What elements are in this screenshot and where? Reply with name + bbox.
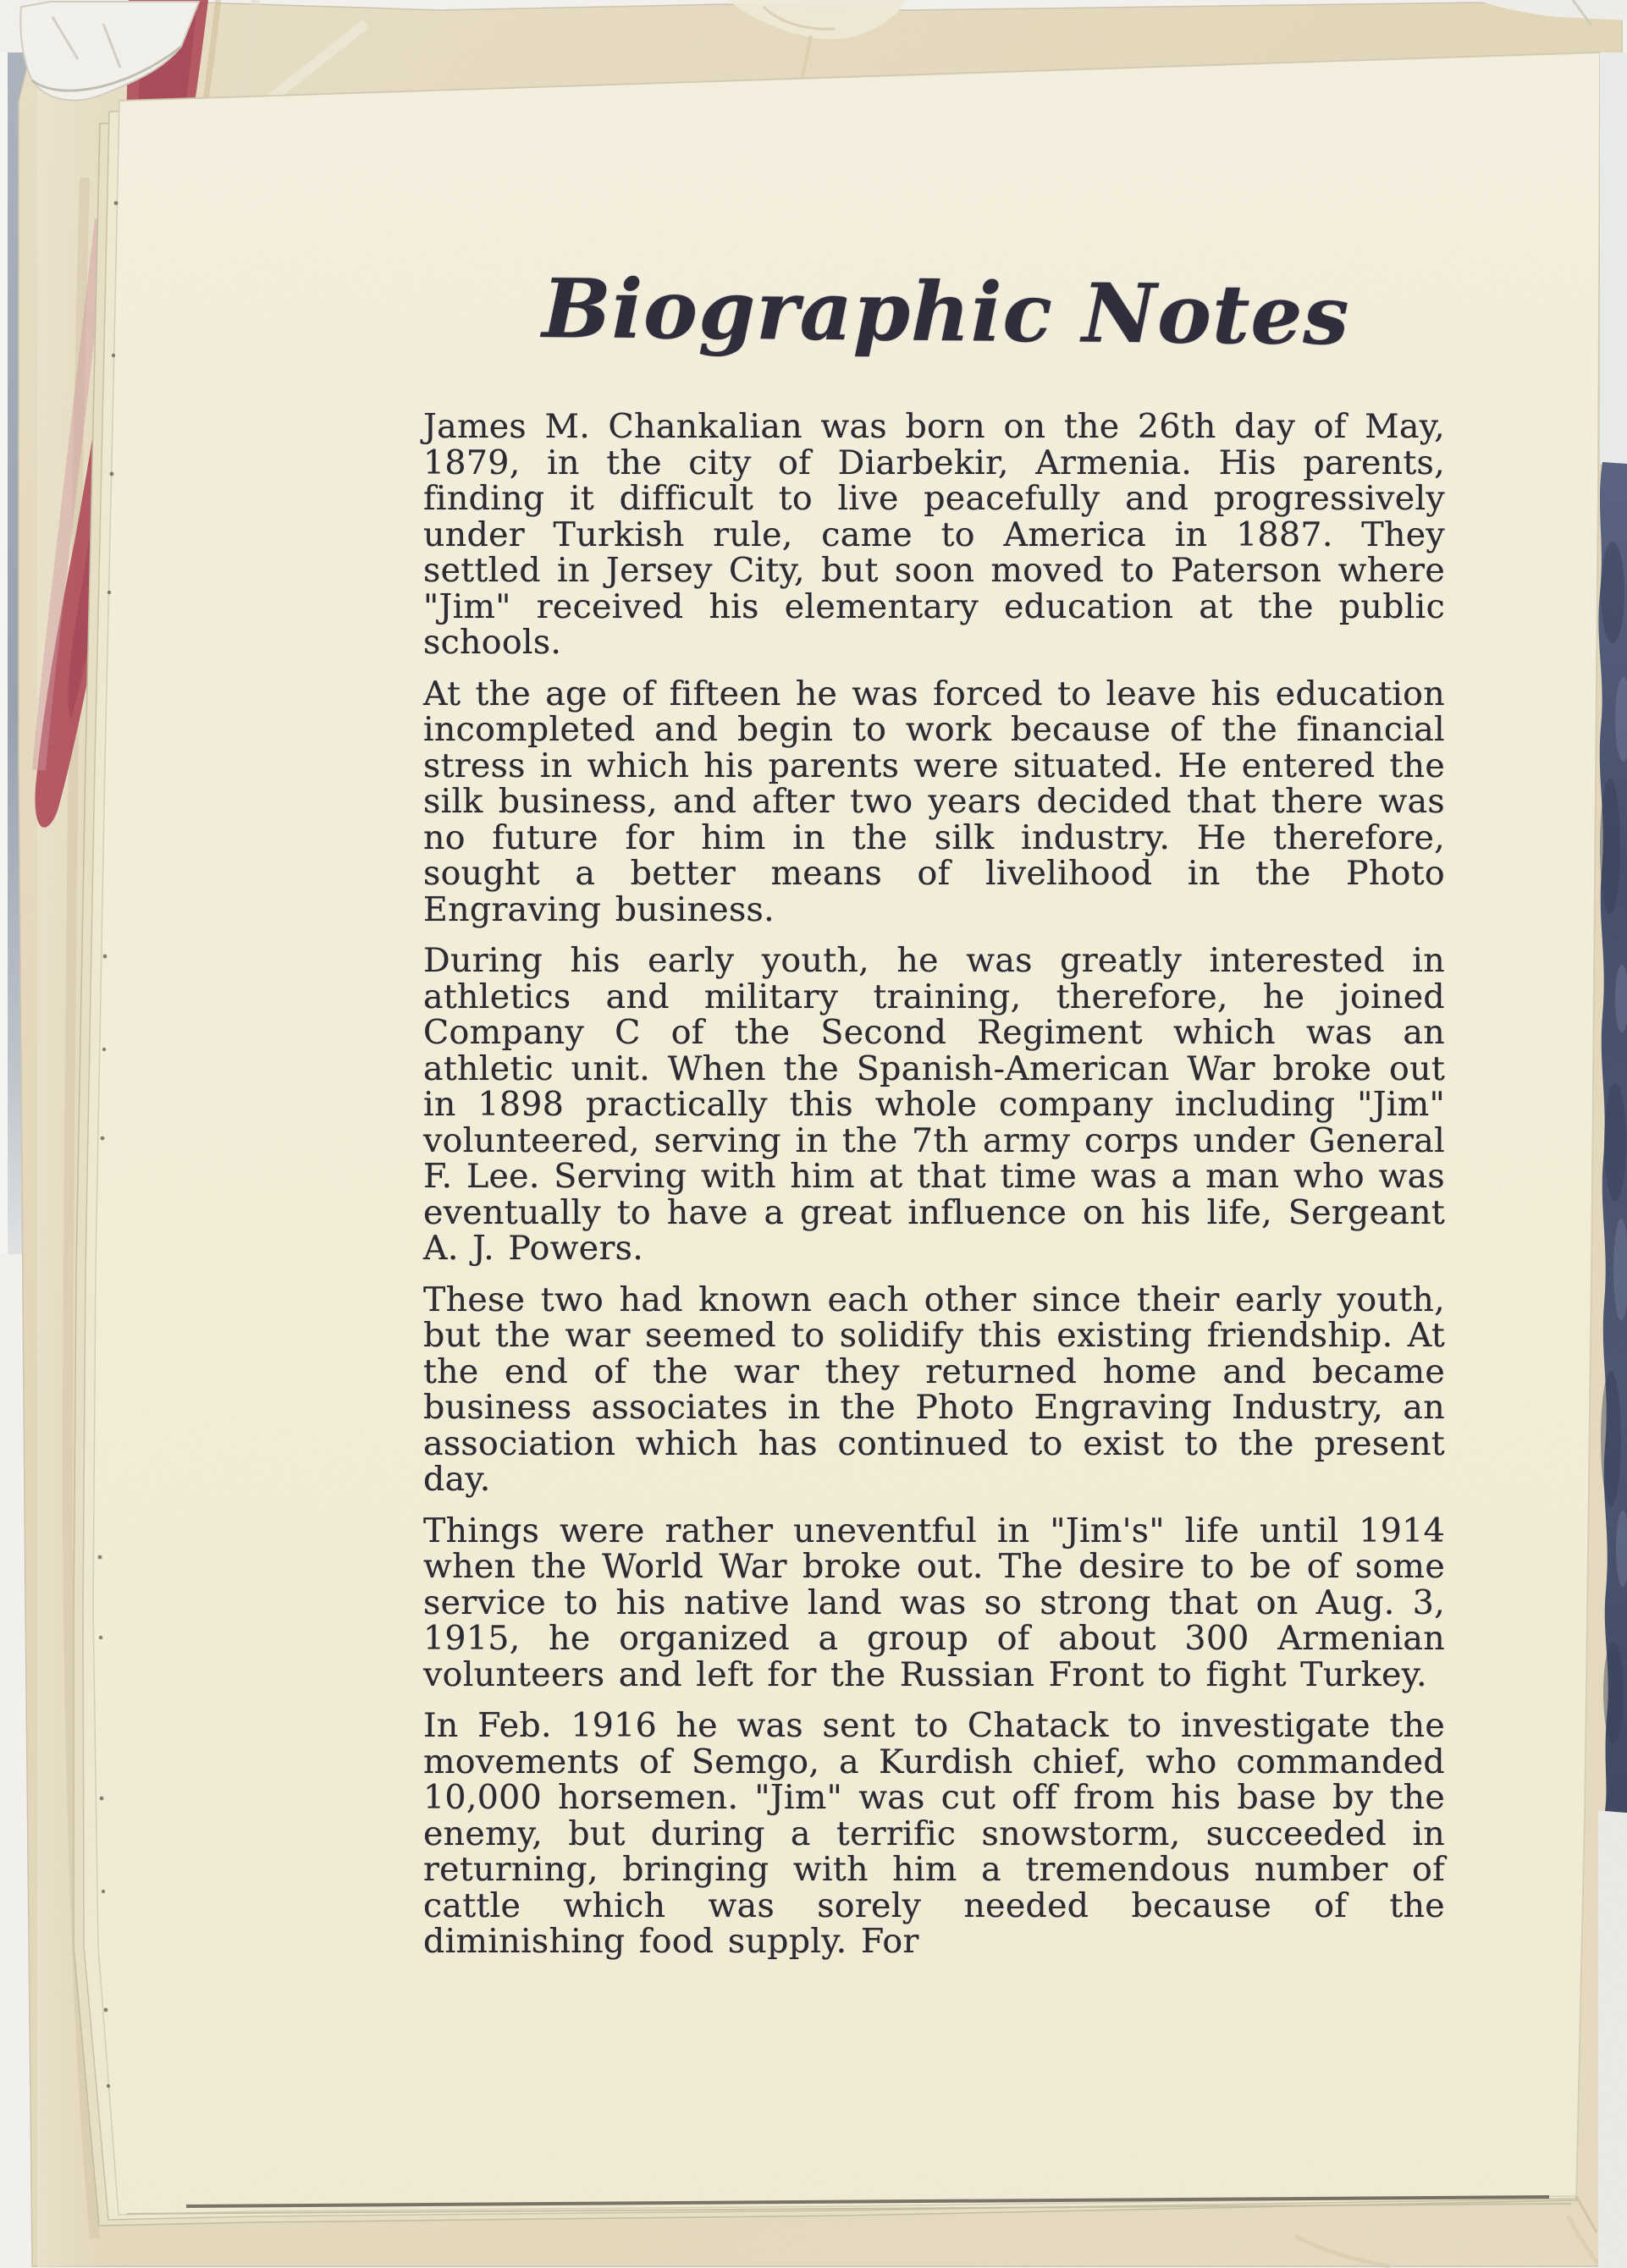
paragraph: James M. Chankalian was born on the 26th… [423,409,1445,661]
paragraph: Things were rather uneventful in "Jim's"… [423,1513,1445,1693]
printed-text-block: Biographic Notes James M. Chankalian was… [423,0,1445,1975]
paragraph: During his early youth, he was greatly i… [423,943,1445,1267]
page-title: Biographic Notes [423,260,1446,365]
paragraph: In Feb. 1916 he was sent to Chatack to i… [423,1708,1445,1960]
paragraph: These two had known each other since the… [423,1282,1445,1498]
paragraph: At the age of fifteen he was forced to l… [423,676,1445,928]
scanned-book-page: Biographic Notes James M. Chankalian was… [0,0,1627,2268]
body-copy: James M. Chankalian was born on the 26th… [423,409,1445,1960]
